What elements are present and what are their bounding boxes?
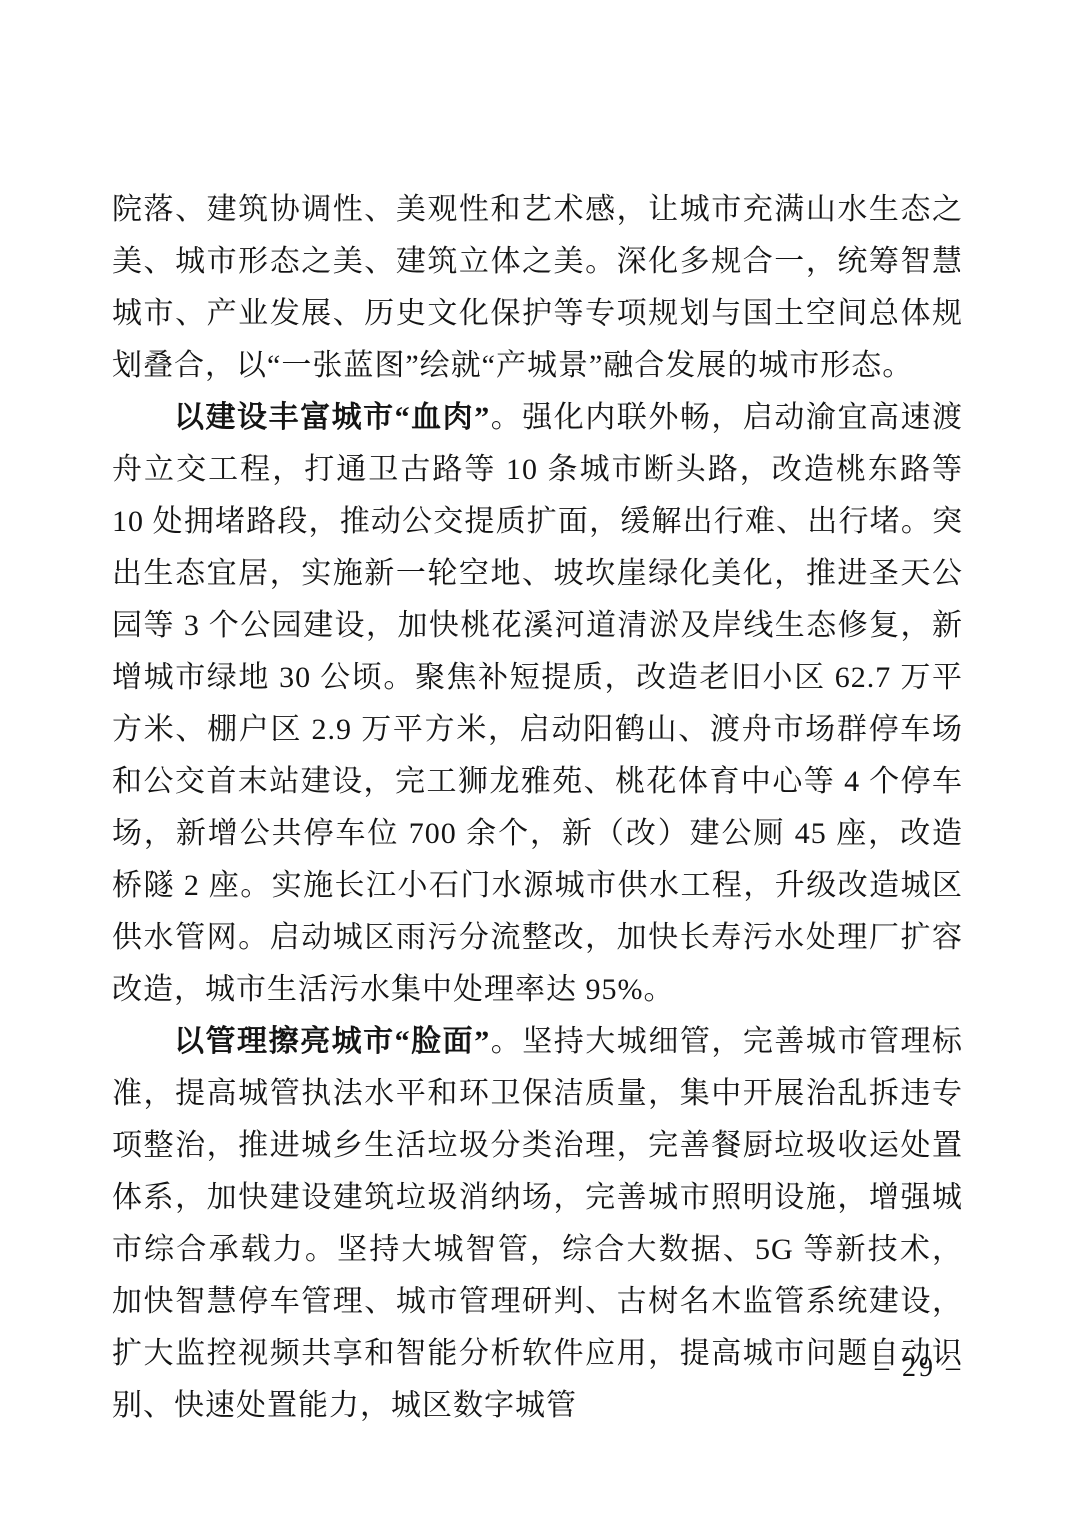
paragraph-lead-separator: 。	[490, 1025, 522, 1058]
body-paragraph: 以管理擦亮城市“脸面”。坚持大城细管，完善城市管理标准，提高城管执法水平和环卫保…	[112, 1016, 963, 1432]
body-paragraph: 院落、建筑协调性、美观性和艺术感，让城市充满山水生态之美、城市形态之美、建筑立体…	[112, 184, 963, 392]
paragraph-text: 坚持大城细管，完善城市管理标准，提高城管执法水平和环卫保洁质量，集中开展治乱拆违…	[112, 1025, 963, 1422]
page-number: – 29 –	[875, 1352, 963, 1384]
paragraph-text: 强化内联外畅，启动渝宜高速渡舟立交工程，打通卫古路等 10 条城市断头路，改造桃…	[112, 401, 963, 1006]
paragraph-lead-separator: 。	[490, 401, 522, 434]
paragraph-text: 院落、建筑协调性、美观性和艺术感，让城市充满山水生态之美、城市形态之美、建筑立体…	[112, 193, 963, 382]
paragraph-lead-bold: 以建设丰富城市“血肉”	[174, 401, 490, 434]
document-page: 院落、建筑协调性、美观性和艺术感，让城市充满山水生态之美、城市形态之美、建筑立体…	[0, 0, 1074, 1520]
body-paragraph: 以建设丰富城市“血肉”。强化内联外畅，启动渝宜高速渡舟立交工程，打通卫古路等 1…	[112, 392, 963, 1016]
document-body: 院落、建筑协调性、美观性和艺术感，让城市充满山水生态之美、城市形态之美、建筑立体…	[112, 184, 963, 1432]
paragraph-lead-bold: 以管理擦亮城市“脸面”	[174, 1025, 490, 1058]
